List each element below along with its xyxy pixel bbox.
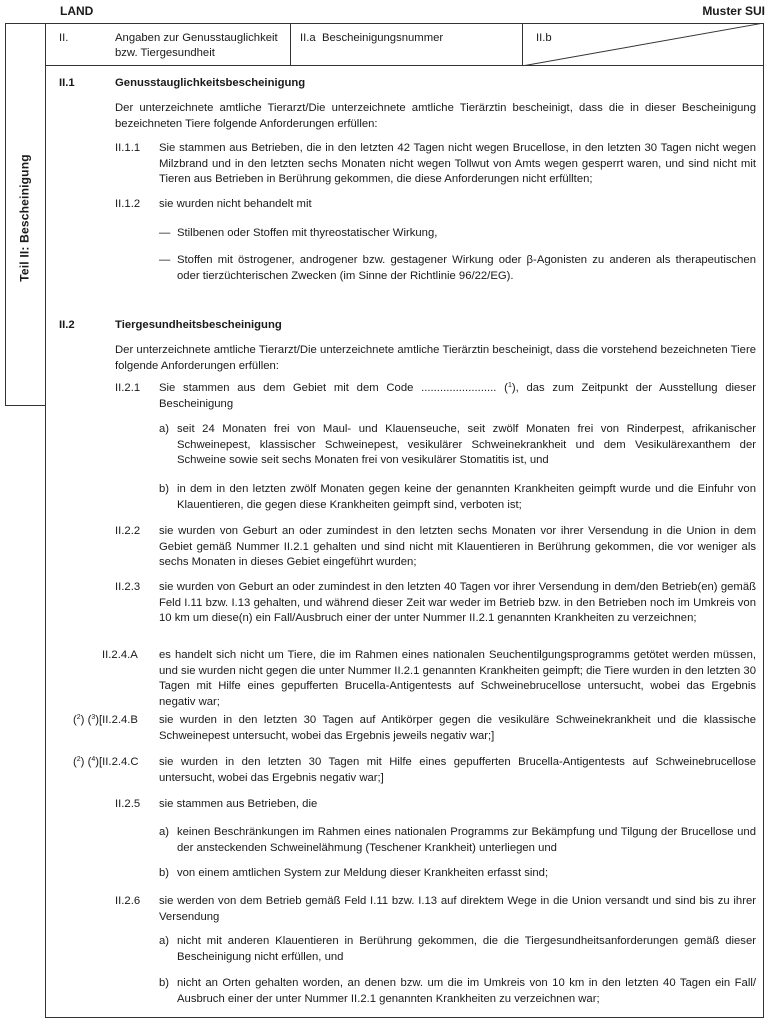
item-number: II.1.2	[115, 197, 140, 213]
main-left	[45, 23, 46, 1018]
item-number: II.2.1	[115, 381, 140, 397]
item-text: sie werden von dem Betrieb gemäß Feld I.…	[159, 894, 756, 925]
dash-item-text: Stilbenen oder Stoffen mit thyreostatisc…	[177, 226, 756, 242]
item-text: es handelt sich nicht um Tiere, die im R…	[159, 648, 756, 710]
item-text: sie wurden in den letzten 30 Tagen auf A…	[159, 713, 756, 744]
item-number: II.2.6	[115, 894, 140, 910]
dash-bullet: —	[159, 226, 170, 242]
section-title: Tiergesundheitsbescheinigung	[115, 318, 282, 334]
sub-text: keinen Beschränkungen im Rahmen eines na…	[177, 825, 756, 856]
item-number: (2) (4)[II.2.4.C	[73, 755, 139, 771]
item-text: Sie stammen aus Betrieben, die in den le…	[159, 141, 756, 188]
footnote-ref: 3	[91, 714, 95, 721]
side-tab-left	[5, 23, 6, 406]
ii-b-field: II.b	[536, 31, 552, 46]
section-number: II.1	[59, 76, 75, 92]
sub-label: a)	[159, 825, 169, 841]
item-text: sie wurden in den letzten 30 Tagen mit H…	[159, 755, 756, 786]
item-text-before: Sie stammen aus dem Gebiet mit dem Code …	[159, 382, 508, 394]
sub-text: nicht an Orten gehalten worden, an denen…	[177, 976, 756, 1007]
ii-b-strike	[522, 23, 764, 66]
part-title-line1: Angaben zur Genusstauglichkeit	[115, 31, 278, 46]
sub-label: b)	[159, 976, 169, 992]
sub-text: nicht mit anderen Klauentieren in Berühr…	[177, 934, 756, 965]
item-number-label: [II.2.4.B	[99, 714, 138, 726]
main-bottom	[45, 1017, 764, 1018]
section-intro: Der unterzeichnete amtliche Tierarzt/Die…	[115, 343, 756, 374]
item-text: sie wurden nicht behandelt mit	[159, 197, 756, 213]
item-text: sie stammen aus Betrieben, die	[159, 797, 756, 813]
item-text: sie wurden von Geburt an oder zumindest …	[159, 580, 756, 627]
certificate-reference-field[interactable]: II.a Bescheinigungsnummer	[300, 31, 443, 46]
main-right	[763, 23, 764, 1018]
item-number: II.2.3	[115, 580, 140, 596]
dash-bullet: —	[159, 253, 170, 269]
footnote-ref: 4	[91, 756, 95, 763]
sub-text: von einem amtlichen System zur Meldung d…	[177, 866, 756, 882]
item-number-label: [II.2.4.C	[99, 756, 139, 768]
item-number: II.1.1	[115, 141, 140, 157]
footnote-ref: 2	[77, 756, 81, 763]
section-intro: Der unterzeichnete amtliche Tierarzt/Die…	[115, 101, 756, 132]
header-divider-1	[290, 23, 291, 66]
item-text: sie wurden von Geburt an oder zumindest …	[159, 524, 756, 571]
side-tab-bottom	[5, 405, 46, 406]
item-number: II.2.2	[115, 524, 140, 540]
sub-text: seit 24 Monaten frei von Maul- und Klaue…	[177, 422, 756, 469]
item-number: II.2.4.A	[102, 648, 138, 664]
dash-item-text: Stoffen mit östrogener, androgener bzw. …	[177, 253, 756, 284]
part-title: Angaben zur Genusstauglichkeit bzw. Tier…	[115, 31, 278, 61]
part-title-line2: bzw. Tiergesundheit	[115, 46, 278, 61]
sub-label: b)	[159, 866, 169, 882]
part-number: II.	[59, 31, 68, 46]
section-title: Genusstauglichkeitsbescheinigung	[115, 76, 305, 92]
item-text: Sie stammen aus dem Gebiet mit dem Code …	[159, 381, 756, 412]
model-label: Muster SUI	[702, 4, 765, 20]
side-tab-label: Teil II: Bescheinigung	[17, 154, 33, 282]
sub-label: a)	[159, 422, 169, 438]
sub-label: b)	[159, 482, 169, 498]
section-number: II.2	[59, 318, 75, 334]
sub-text: in dem in den letzten zwölf Monaten gege…	[177, 482, 756, 513]
footnote-ref: 2	[77, 714, 81, 721]
country-label: LAND	[60, 4, 93, 20]
sub-label: a)	[159, 934, 169, 950]
item-number: (2) (3)[II.2.4.B	[73, 713, 138, 729]
item-number: II.2.5	[115, 797, 140, 813]
